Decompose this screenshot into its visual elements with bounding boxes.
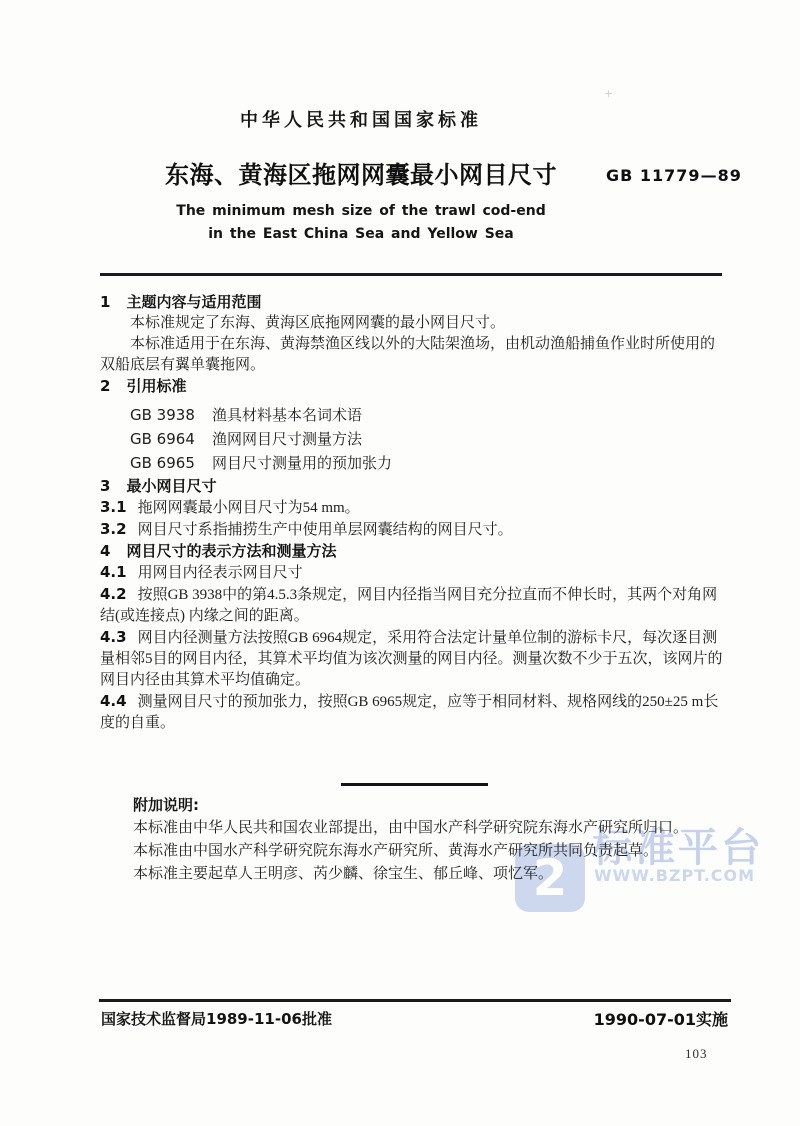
appendix-line: 本标准主要起草人王明彦、芮少麟、徐宝生、郁丘峰、项忆军。 bbox=[133, 863, 733, 886]
title-en-line1: The minimum mesh size of the trawl cod-e… bbox=[176, 203, 545, 219]
section-1-paragraph: 本标准适用于在东海、黄海禁渔区线以外的大陆架渔场，由机动渔船捕鱼作业时所使用的双… bbox=[100, 334, 726, 376]
clause-text: 按照GB 3938中的第4.5.3条规定，网目内径指当网目充分拉直而不伸长时，其… bbox=[100, 587, 717, 624]
section-2-title: 引用标准 bbox=[126, 377, 186, 395]
document-title-zh: 东海、黄海区拖网网囊最小网目尺寸 bbox=[100, 155, 622, 190]
document-body: 1主题内容与适用范围 本标准规定了东海、黄海区底拖网网囊的最小网目尺寸。 本标准… bbox=[100, 292, 726, 734]
clause-number: 4.4 bbox=[100, 692, 127, 710]
clause-number: 4.2 bbox=[100, 585, 127, 603]
appendix-line: 本标准由中国水产科学研究院东海水产研究所、黄海水产研究所共同负责起草。 bbox=[133, 840, 733, 863]
clause-3-2: 3.2网目尺寸系指捕捞生产中使用单层网囊结构的网目尺寸。 bbox=[100, 519, 726, 541]
clause-4-3: 4.3网目内径测量方法按照GB 6964规定，采用符合法定计量单位制的游标卡尺，… bbox=[100, 627, 726, 691]
reference-list: GB 3938渔具材料基本名词术语 GB 6964渔网网目尺寸测量方法 GB 6… bbox=[100, 404, 726, 476]
clause-number: 3.2 bbox=[100, 520, 127, 538]
reference-code: GB 3938 bbox=[130, 404, 212, 427]
clause-3-1: 3.1拖网网囊最小网目尺寸为54 mm。 bbox=[100, 497, 726, 519]
reference-code: GB 6965 bbox=[130, 452, 212, 475]
clause-number: 4.1 bbox=[100, 563, 127, 581]
section-1-heading: 1主题内容与适用范围 bbox=[100, 292, 726, 313]
reference-item: GB 6964渔网网目尺寸测量方法 bbox=[100, 428, 726, 452]
clause-text: 网目内径测量方法按照GB 6964规定，采用符合法定计量单位制的游标卡尺，每次逐… bbox=[100, 630, 723, 688]
header-divider bbox=[100, 273, 722, 276]
section-2-number: 2 bbox=[100, 377, 110, 395]
page-number: 103 bbox=[685, 1046, 708, 1062]
clause-text: 用网目内径表示网目尺寸 bbox=[138, 565, 303, 581]
clause-4-2: 4.2按照GB 3938中的第4.5.3条规定，网目内径指当网目充分拉直而不伸长… bbox=[100, 584, 726, 627]
document-title-en: The minimum mesh size of the trawl cod-e… bbox=[100, 200, 622, 246]
title-en-line2: in the East China Sea and Yellow Sea bbox=[208, 226, 514, 242]
standard-document-page: + 中华人民共和国国家标准 东海、黄海区拖网网囊最小网目尺寸 GB 11779—… bbox=[0, 0, 800, 1126]
clause-text: 测量网目尺寸的预加张力，按照GB 6965规定，应等于相同材料、规格网线的250… bbox=[100, 694, 718, 731]
reference-item: GB 6965网目尺寸测量用的预加张力 bbox=[100, 452, 726, 476]
reference-name: 渔网网目尺寸测量方法 bbox=[212, 432, 362, 448]
reference-name: 渔具材料基本名词术语 bbox=[212, 408, 362, 424]
reference-name: 网目尺寸测量用的预加张力 bbox=[212, 456, 392, 472]
section-1-paragraph: 本标准规定了东海、黄海区底拖网网囊的最小网目尺寸。 bbox=[100, 313, 726, 334]
standard-number: GB 11779—89 bbox=[606, 166, 742, 185]
section-3-number: 3 bbox=[100, 477, 110, 495]
appendix-title: 附加说明: bbox=[133, 794, 733, 817]
approval-note: 国家技术监督局1989-11-06批准 bbox=[101, 1008, 332, 1029]
clause-number: 4.3 bbox=[100, 628, 127, 646]
clause-text: 网目尺寸系指捕捞生产中使用单层网囊结构的网目尺寸。 bbox=[138, 522, 513, 538]
section-2-heading: 2引用标准 bbox=[100, 376, 726, 397]
appendix-block: 附加说明: 本标准由中华人民共和国农业部提出，由中国水产科学研究院东海水产研究所… bbox=[133, 794, 733, 886]
scan-artifact: + bbox=[604, 87, 613, 100]
section-end-divider bbox=[341, 783, 488, 786]
clause-4-4: 4.4测量网目尺寸的预加张力，按照GB 6965规定，应等于相同材料、规格网线的… bbox=[100, 691, 726, 734]
implementation-note: 1990-07-01实施 bbox=[594, 1007, 728, 1030]
section-4-heading: 4网目尺寸的表示方法和测量方法 bbox=[100, 541, 726, 562]
section-4-title: 网目尺寸的表示方法和测量方法 bbox=[126, 542, 336, 560]
appendix-line: 本标准由中华人民共和国农业部提出，由中国水产科学研究院东海水产研究所归口。 bbox=[133, 817, 733, 840]
reference-code: GB 6964 bbox=[130, 428, 212, 451]
clause-4-1: 4.1用网目内径表示网目尺寸 bbox=[100, 562, 726, 584]
section-1-number: 1 bbox=[100, 293, 110, 311]
footer-divider bbox=[99, 999, 731, 1002]
clause-text: 拖网网囊最小网目尺寸为54 mm。 bbox=[138, 500, 360, 516]
section-4-number: 4 bbox=[100, 542, 110, 560]
standard-label: 中华人民共和国国家标准 bbox=[100, 106, 622, 132]
reference-item: GB 3938渔具材料基本名词术语 bbox=[100, 404, 726, 428]
section-3-title: 最小网目尺寸 bbox=[126, 477, 216, 495]
section-1-title: 主题内容与适用范围 bbox=[126, 293, 261, 311]
section-3-heading: 3最小网目尺寸 bbox=[100, 476, 726, 497]
clause-number: 3.1 bbox=[100, 498, 127, 516]
